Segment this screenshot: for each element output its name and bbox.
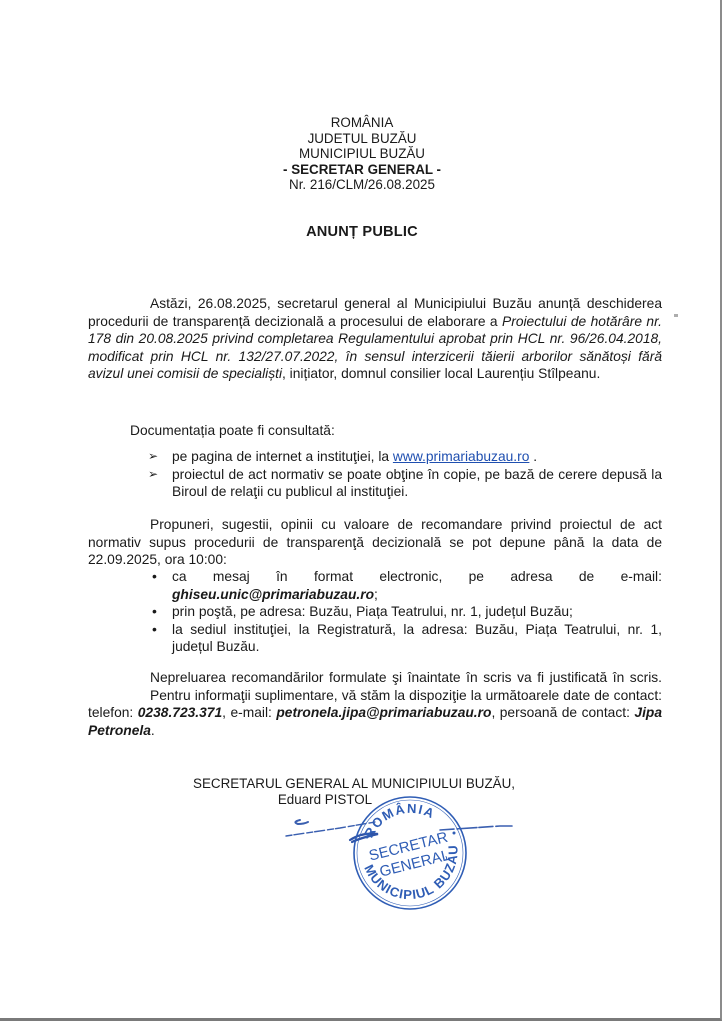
contact-email-link[interactable]: petronela.jipa@primariabuzau.ro [276,705,491,720]
header-country: ROMÂNIA [0,115,724,131]
signatory-title: SECRETARUL GENERAL AL MUNICIPIULUI BUZĂU… [0,776,724,792]
scan-speck [674,314,678,317]
document-page: ROMÂNIA JUDETUL BUZĂU MUNICIPIUL BUZĂU -… [0,0,722,1021]
list-item: •prin poştă, pe adresa: Buzău, Piața Tea… [150,603,662,621]
header-office: - SECRETAR GENERAL - [0,162,724,178]
page-title: ANUNȚ PUBLIC [0,224,724,240]
bullet-dot-icon: • [152,621,157,639]
official-stamp: ROMÂNIA MUNICIPIUL BUZĂU SECRETAR GENERA… [350,793,470,913]
header-county: JUDETUL BUZĂU [0,131,724,147]
list-item: ➢pe pagina de internet a instituţiei, la… [148,448,662,466]
proposals-paragraph: Propuneri, sugestii, opinii cu valoare d… [88,516,662,569]
documentation-list: ➢pe pagina de internet a instituţiei, la… [148,448,662,501]
paragraph1-tail: , inițiator, domnul consilier local Laur… [282,366,600,381]
contact-phone: 0238.723.371 [138,705,222,720]
documentation-intro: Documentația poate fi consultată: [130,423,335,438]
header-reference: Nr. 216/CLM/26.08.2025 [0,177,724,193]
list-item: •la sediul instituţiei, la Registratură,… [150,621,662,656]
document-header: ROMÂNIA JUDETUL BUZĂU MUNICIPIUL BUZĂU -… [0,115,724,193]
submission-list: • camesajînformatelectronic,peadresadee-… [150,568,662,656]
ghiseu-email-link[interactable]: ghiseu.unic@primariabuzau.ro [172,587,374,602]
website-link[interactable]: www.primariabuzau.ro [393,449,530,464]
header-municipality: MUNICIPIUL BUZĂU [0,146,724,162]
arrow-bullet-icon: ➢ [148,448,158,466]
list-item: • camesajînformatelectronic,peadresadee-… [150,568,662,603]
closing-line1: Nepreluarea recomandărilor formulate şi … [150,670,662,685]
email-submission-line: camesajînformatelectronic,peadresadee-ma… [172,568,662,586]
closing-paragraph: Nepreluarea recomandărilor formulate şi … [88,669,662,739]
announcement-paragraph: Astăzi, 26.08.2025, secretarul general a… [88,295,662,383]
closing-line2: Pentru informaţii suplimentare, vă stăm … [150,688,662,703]
arrow-bullet-icon: ➢ [148,466,158,484]
list-item: ➢proiectul de act normativ se poate obţi… [148,466,662,501]
bullet-dot-icon: • [152,568,157,586]
bullet-dot-icon: • [152,603,157,621]
